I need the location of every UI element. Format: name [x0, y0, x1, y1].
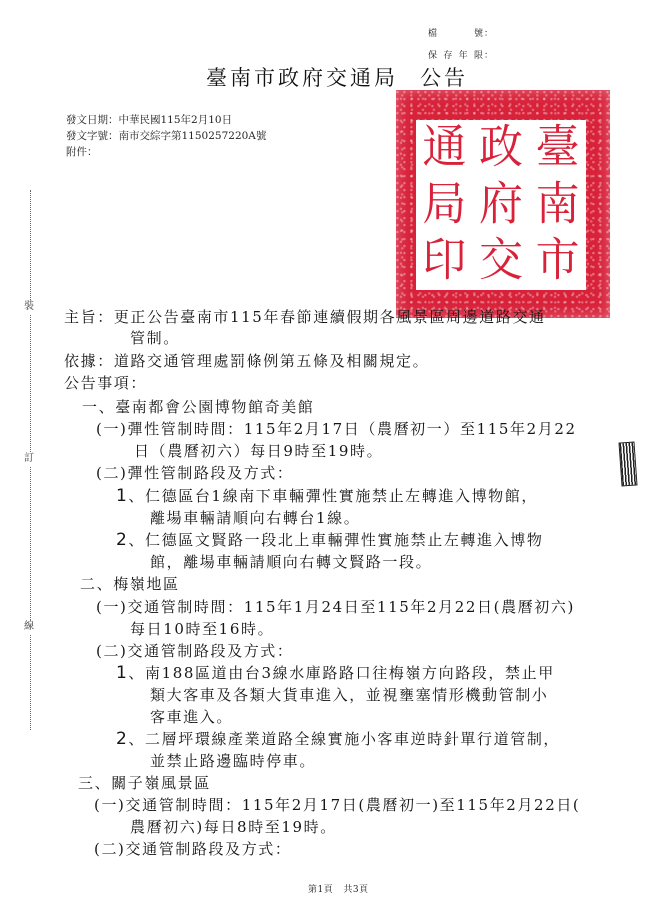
section-time-continued: 每日10時至16時。	[130, 618, 274, 639]
file-number-field: 檔號：	[428, 26, 494, 39]
issue-date: 發文日期：中華民國115年2月10日	[66, 112, 232, 128]
list-item-continued: 類大客車及各類大貨車進入，並視壅塞情形機動管制小	[150, 684, 548, 705]
section-method-heading: (二)彈性管制路段及方式：	[96, 462, 294, 483]
list-item-continued: 客車進入。	[150, 706, 233, 727]
seal-char: 市	[529, 232, 586, 292]
seal-char: 通	[416, 119, 473, 178]
list-item-continued: 並禁止路邊臨時停車。	[150, 750, 316, 771]
retention-label: 保存年限	[428, 48, 484, 61]
issue-number: 發文字號：南市交綜字第1150257220A號	[66, 128, 266, 144]
retention-field: 保存年限：	[428, 48, 494, 61]
seal-char: 交	[473, 232, 530, 292]
issue-date-value: 中華民國115年2月10日	[119, 114, 233, 126]
issue-number-value: 南市交綜字第1150257220A號	[119, 130, 267, 142]
seal-characters: 臺 政 通 南 府 局 市 交 印	[416, 120, 586, 290]
agency-name: 臺南市政府交通局	[206, 66, 398, 90]
list-item: 2、二層坪環線產業道路全線實施小客車逆時針單行道管制，	[116, 728, 560, 749]
section-heading: 二、梅嶺地區	[80, 573, 180, 594]
basis: 依據：道路交通管理處罰條例第五條及相關規定。	[64, 350, 429, 371]
seal-char: 府	[473, 175, 530, 235]
seal-char: 南	[529, 175, 586, 235]
basis-label: 依據：	[64, 352, 114, 370]
list-item: 2、仁德區文賢路一段北上車輛彈性實施禁止左轉進入博物	[116, 529, 543, 550]
seal-char: 局	[416, 175, 473, 235]
official-seal: 臺 政 通 南 府 局 市 交 印	[396, 90, 610, 318]
binding-char: 訂	[24, 452, 34, 466]
section-time: (一)交通管制時間：115年1月24日至115年2月22日(農曆初六)	[96, 596, 575, 617]
total-pages: 共3頁	[343, 885, 368, 895]
page-number: 第1頁 共3頁	[308, 882, 369, 895]
page-edge-tab-icon	[618, 441, 637, 486]
items-label: 公告事項：	[64, 372, 147, 393]
document-title: 臺南市政府交通局公告	[206, 62, 468, 92]
document-type: 公告	[420, 66, 468, 90]
seal-char: 臺	[529, 119, 586, 178]
section-time: (一)交通管制時間：115年2月17日(農曆初一)至115年2月22日(	[94, 794, 580, 815]
section-time-continued: 日（農曆初六）每日9時至19時。	[134, 440, 383, 461]
section-heading: 一、臺南都會公園博物館奇美館	[82, 396, 314, 417]
current-page: 第1頁	[308, 885, 333, 895]
list-item-continued: 離場車輛請順向右轉台1線。	[150, 507, 360, 528]
subject-text: 更正公告臺南市115年春節連續假期各風景區周邊道路交通	[114, 308, 546, 326]
section-time-continued: 農曆初六)每日8時至19時。	[130, 816, 337, 837]
seal-char: 印	[416, 232, 473, 292]
binding-char: 裝	[24, 300, 34, 314]
list-item: 1、南188區道由台3線水庫路路口往梅嶺方向路段，禁止甲	[116, 662, 555, 683]
subject-continued: 管制。	[130, 327, 180, 348]
seal-char: 政	[473, 119, 530, 178]
list-item-continued: 館，離場車輛請順向右轉文賢路一段。	[150, 551, 432, 572]
file-number-label: 檔號	[428, 26, 484, 39]
basis-text: 道路交通管理處罰條例第五條及相關規定。	[114, 352, 429, 370]
binding-char: 線	[24, 620, 34, 634]
list-item: 1、仁德區台1線南下車輛彈性實施禁止左轉進入博物館，	[116, 485, 538, 506]
subject-label: 主旨：	[64, 308, 114, 326]
section-time: (一)彈性管制時間：115年2月17日（農曆初一）至115年2月22	[96, 418, 577, 439]
section-heading: 三、關子嶺風景區	[78, 772, 211, 793]
subject: 主旨：更正公告臺南市115年春節連續假期各風景區周邊道路交通	[64, 306, 546, 327]
attachment: 附件：	[66, 144, 98, 160]
section-method-heading: (二)交通管制路段及方式：	[96, 640, 294, 661]
section-method-heading: (二)交通管制路段及方式：	[94, 838, 292, 859]
